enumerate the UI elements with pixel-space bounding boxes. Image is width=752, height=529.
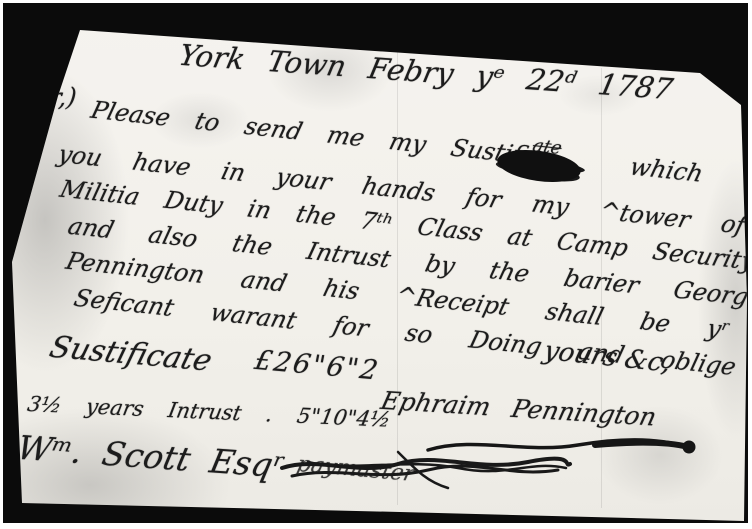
addressee-line: Wᵐ. Scott Esqʳ	[14, 428, 288, 485]
certificate-amount-value: £26"6"2	[252, 345, 382, 386]
paymaster-scribble	[278, 438, 578, 490]
closing: yours &c,	[541, 336, 675, 379]
certificate-amount-label: Sustificate	[46, 330, 216, 378]
scanned-letter-image: York Town Febry yᵉ 22ᵈ 1787 Sir,) Please…	[0, 0, 752, 529]
signature: Ephraim Pennington	[378, 386, 659, 431]
letter-paper: York Town Febry yᵉ 22ᵈ 1787 Sir,) Please…	[0, 0, 752, 529]
interest-line: 3½ years Intrust . 5"10"4½	[26, 392, 393, 432]
paper-crease-left	[397, 45, 398, 505]
body-line-1-end: which	[627, 153, 706, 188]
